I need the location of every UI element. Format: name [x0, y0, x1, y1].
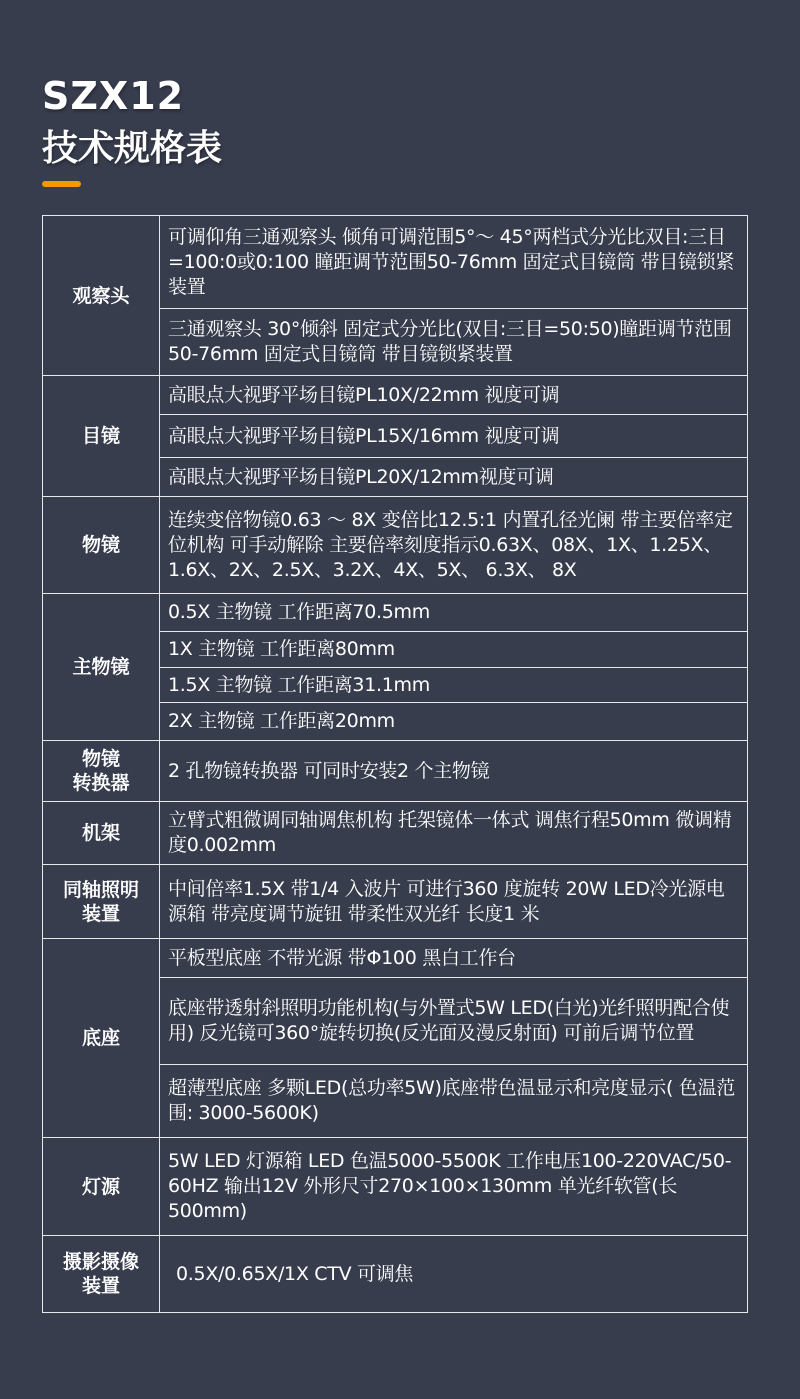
spec-text: 2X 主物镜 工作距离20mm — [168, 709, 741, 734]
category-label: 物镜 — [82, 534, 120, 556]
category-camera-adapter: 摄影摄像 装置 — [43, 1236, 160, 1313]
spec-row: 同轴照明 装置 中间倍率1.5X 带1/4 入波片 可进行360 度旋转 20W… — [43, 865, 748, 939]
page-title: 技术规格表 — [42, 124, 222, 174]
spec-cell: 0.5X/0.65X/1X CTV 可调焦 — [160, 1236, 748, 1313]
spec-cell: 高眼点大视野平场目镜PL15X/16mm 视度可调 — [160, 415, 748, 458]
category-coaxial-illumination: 同轴照明 装置 — [43, 865, 160, 939]
category-base: 底座 — [43, 939, 160, 1138]
spec-row: 摄影摄像 装置 0.5X/0.65X/1X CTV 可调焦 — [43, 1236, 748, 1313]
spec-cell: 2X 主物镜 工作距离20mm — [160, 703, 748, 741]
spec-cell: 立臂式粗微调同轴调焦机构 托架镜体一体式 调焦行程50mm 微调精度0.002m… — [160, 802, 748, 865]
category-stand: 机架 — [43, 802, 160, 865]
spec-cell: 高眼点大视野平场目镜PL10X/22mm 视度可调 — [160, 376, 748, 415]
category-label: 观察头 — [72, 285, 129, 307]
spec-cell: 2 孔物镜转换器 可同时安装2 个主物镜 — [160, 741, 748, 802]
spec-cell: 可调仰角三通观察头 倾角可调范围5°～ 45°两档式分光比双目:三目=100:0… — [160, 216, 748, 309]
spec-text: 1X 主物镜 工作距离80mm — [168, 637, 741, 662]
spec-cell: 5W LED 灯源箱 LED 色温5000-5500K 工作电压100-220V… — [160, 1138, 748, 1236]
spec-text: 中间倍率1.5X 带1/4 入波片 可进行360 度旋转 20W LED冷光源电… — [168, 877, 741, 927]
spec-row: 目镜 高眼点大视野平场目镜PL10X/22mm 视度可调 — [43, 376, 748, 415]
spec-text: 连续变倍物镜0.63 ～ 8X 变倍比12.5:1 内置孔径光阑 带主要倍率定位… — [168, 508, 741, 583]
spec-row: 物镜 转换器 2 孔物镜转换器 可同时安装2 个主物镜 — [43, 741, 748, 802]
spec-cell: 中间倍率1.5X 带1/4 入波片 可进行360 度旋转 20W LED冷光源电… — [160, 865, 748, 939]
page-header: SZX12 技术规格表 — [42, 72, 222, 174]
category-main-objective: 主物镜 — [43, 594, 160, 741]
spec-cell: 底座带透射斜照明功能机构(与外置式5W LED(白光)光纤照明配合使用) 反光镜… — [160, 978, 748, 1065]
spec-text: 平板型底座 不带光源 带Φ100 黑白工作台 — [168, 946, 741, 971]
spec-text: 高眼点大视野平场目镜PL15X/16mm 视度可调 — [168, 424, 741, 449]
category-label: 同轴照明 装置 — [63, 879, 139, 925]
category-eyepiece-head: 观察头 — [43, 216, 160, 376]
spec-cell: 三通观察头 30°倾斜 固定式分光比(双目:三目=50:50)瞳距调节范围50-… — [160, 309, 748, 376]
spec-cell: 0.5X 主物镜 工作距离70.5mm — [160, 594, 748, 632]
spec-text: 高眼点大视野平场目镜PL10X/22mm 视度可调 — [168, 383, 741, 408]
spec-text: 0.5X/0.65X/1X CTV 可调焦 — [176, 1262, 741, 1287]
category-label: 底座 — [82, 1027, 120, 1049]
category-label: 灯源 — [82, 1176, 120, 1198]
spec-row: 底座 平板型底座 不带光源 带Φ100 黑白工作台 — [43, 939, 748, 978]
category-label: 物镜 转换器 — [72, 748, 129, 794]
spec-text: 底座带透射斜照明功能机构(与外置式5W LED(白光)光纤照明配合使用) 反光镜… — [168, 996, 741, 1046]
spec-row: 物镜 连续变倍物镜0.63 ～ 8X 变倍比12.5:1 内置孔径光阑 带主要倍… — [43, 497, 748, 594]
title-accent-bar — [42, 181, 81, 187]
spec-text: 5W LED 灯源箱 LED 色温5000-5500K 工作电压100-220V… — [168, 1149, 741, 1224]
spec-cell: 1X 主物镜 工作距离80mm — [160, 632, 748, 668]
category-label: 主物镜 — [72, 656, 129, 678]
spec-row: 机架 立臂式粗微调同轴调焦机构 托架镜体一体式 调焦行程50mm 微调精度0.0… — [43, 802, 748, 865]
model-name: SZX12 — [42, 72, 222, 120]
spec-text: 高眼点大视野平场目镜PL20X/12mm视度可调 — [168, 465, 741, 490]
spec-cell: 高眼点大视野平场目镜PL20X/12mm视度可调 — [160, 458, 748, 497]
category-label: 摄影摄像 装置 — [63, 1251, 139, 1297]
spec-cell: 1.5X 主物镜 工作距离31.1mm — [160, 668, 748, 703]
category-label: 机架 — [82, 822, 120, 844]
spec-text: 三通观察头 30°倾斜 固定式分光比(双目:三目=50:50)瞳距调节范围50-… — [168, 317, 741, 367]
spec-text: 可调仰角三通观察头 倾角可调范围5°～ 45°两档式分光比双目:三目=100:0… — [168, 225, 741, 300]
spec-text: 立臂式粗微调同轴调焦机构 托架镜体一体式 调焦行程50mm 微调精度0.002m… — [168, 808, 741, 858]
spec-text: 超薄型底座 多颗LED(总功率5W)底座带色温显示和亮度显示( 色温范围: 30… — [168, 1076, 741, 1126]
category-light-source: 灯源 — [43, 1138, 160, 1236]
spec-cell: 连续变倍物镜0.63 ～ 8X 变倍比12.5:1 内置孔径光阑 带主要倍率定位… — [160, 497, 748, 594]
spec-text: 0.5X 主物镜 工作距离70.5mm — [168, 600, 741, 625]
category-objective: 物镜 — [43, 497, 160, 594]
spec-table: 观察头 可调仰角三通观察头 倾角可调范围5°～ 45°两档式分光比双目:三目=1… — [42, 215, 748, 1313]
spec-text: 2 孔物镜转换器 可同时安装2 个主物镜 — [168, 759, 741, 784]
spec-row: 观察头 可调仰角三通观察头 倾角可调范围5°～ 45°两档式分光比双目:三目=1… — [43, 216, 748, 309]
spec-cell: 超薄型底座 多颗LED(总功率5W)底座带色温显示和亮度显示( 色温范围: 30… — [160, 1065, 748, 1138]
spec-text: 1.5X 主物镜 工作距离31.1mm — [168, 673, 741, 698]
category-nosepiece: 物镜 转换器 — [43, 741, 160, 802]
category-label: 目镜 — [82, 425, 120, 447]
spec-cell: 平板型底座 不带光源 带Φ100 黑白工作台 — [160, 939, 748, 978]
spec-row: 主物镜 0.5X 主物镜 工作距离70.5mm — [43, 594, 748, 632]
category-eyepiece: 目镜 — [43, 376, 160, 497]
spec-row: 灯源 5W LED 灯源箱 LED 色温5000-5500K 工作电压100-2… — [43, 1138, 748, 1236]
